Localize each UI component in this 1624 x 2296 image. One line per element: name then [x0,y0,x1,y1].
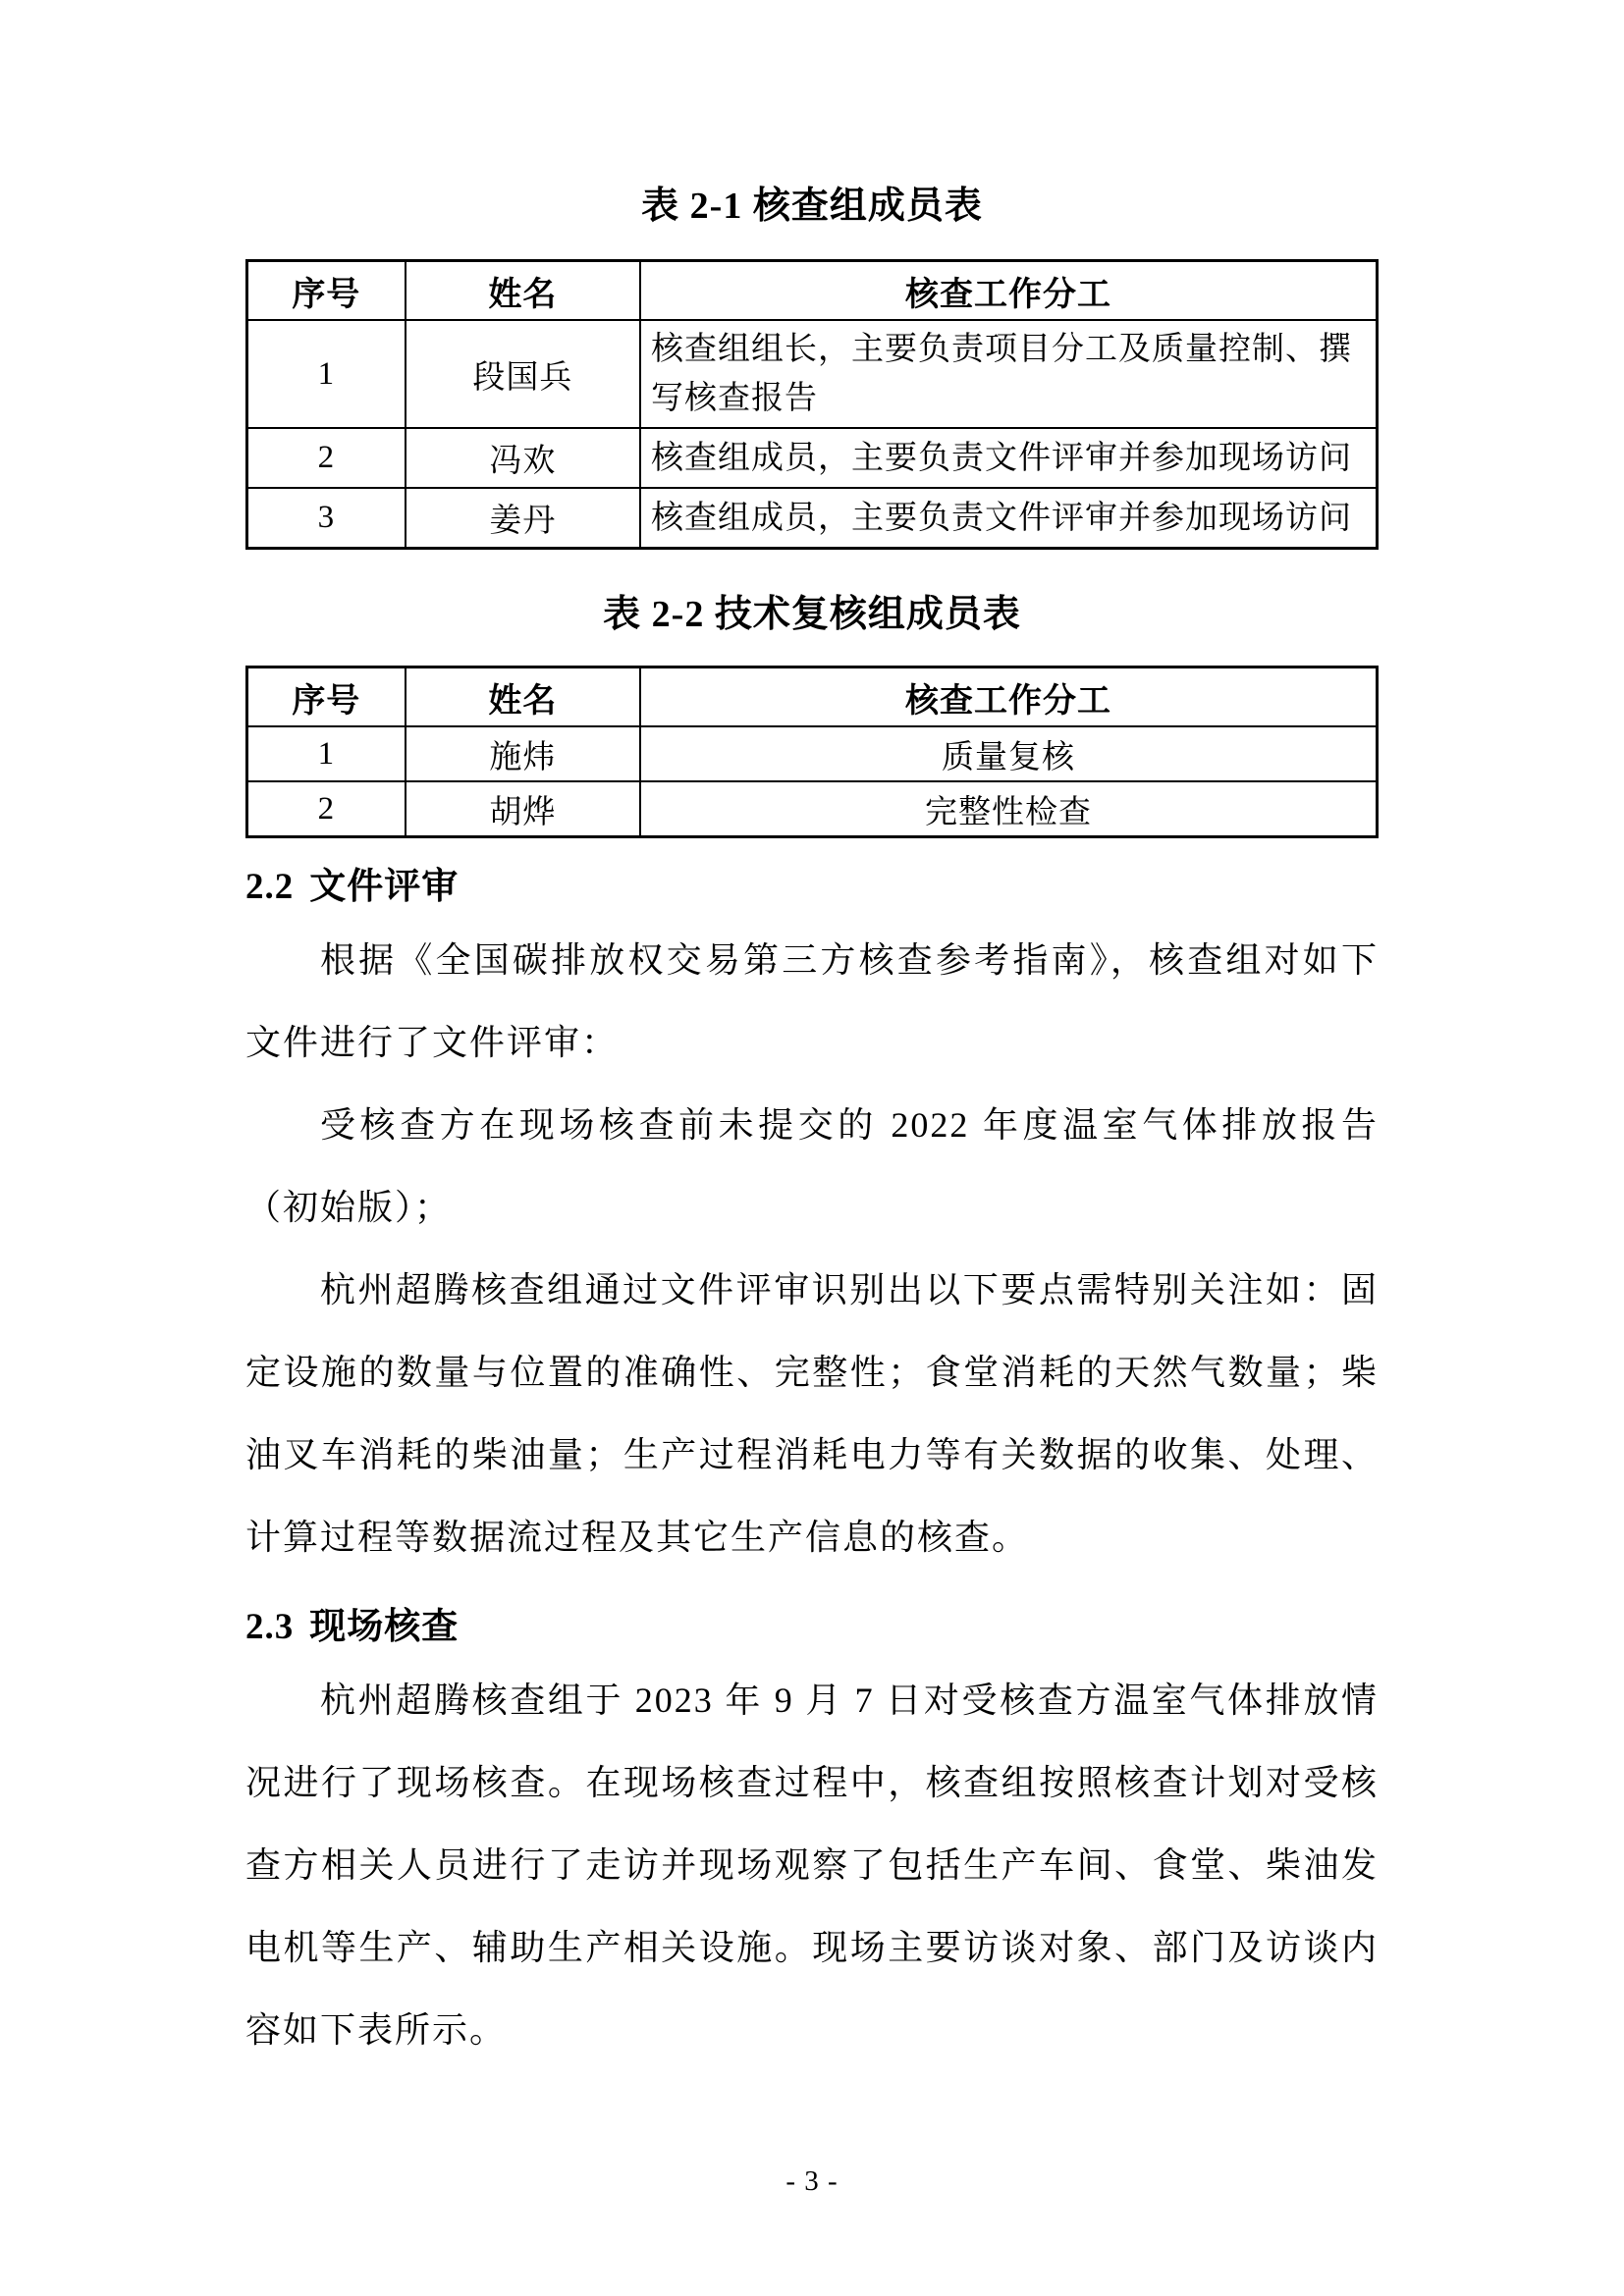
section-2-3-paragraph-1: 杭州超腾核查组于 2023 年 9 月 7 日对受核查方温室气体排放情况进行了现… [245,1659,1379,2071]
header-cell-name: 姓名 [406,667,640,727]
section-2-2-paragraph-1: 根据《全国碳排放权交易第三方核查参考指南》，核查组对如下文件进行了文件评审： [245,919,1379,1084]
table-2-1-title: 表 2-1 核查组成员表 [245,185,1379,228]
cell-no: 2 [247,428,406,488]
table-row: 1 施炜 质量复核 [247,726,1378,781]
technical-review-team-table: 序号 姓名 核查工作分工 1 施炜 质量复核 2 胡烨 完整性检查 [245,666,1379,838]
verification-team-table: 序号 姓名 核查工作分工 1 段国兵 核查组组长，主要负责项目分工及质量控制、撰… [245,259,1379,550]
cell-no: 1 [247,726,406,781]
cell-no: 1 [247,320,406,428]
cell-name: 胡烨 [406,781,640,837]
table-row: 2 胡烨 完整性检查 [247,781,1378,837]
section-2-3-number: 2.3 [245,1607,294,1647]
cell-name: 冯欢 [406,428,640,488]
table-row: 2 冯欢 核查组成员，主要负责文件评审并参加现场访问 [247,428,1378,488]
table-2-2-title: 表 2-2 技术复核组成员表 [245,593,1379,636]
table-header-row: 序号 姓名 核查工作分工 [247,667,1378,727]
header-cell-no: 序号 [247,667,406,727]
cell-no: 3 [247,488,406,549]
header-cell-name: 姓名 [406,261,640,321]
section-2-2-title: 文件评审 [309,867,459,907]
section-2-2-paragraph-3: 杭州超腾核查组通过文件评审识别出以下要点需特别关注如：固定设施的数量与位置的准确… [245,1249,1379,1578]
section-2-2-paragraph-2: 受核查方在现场核查前未提交的 2022 年度温室气体排放报告（初始版）； [245,1084,1379,1249]
page-number: - 3 - [0,2165,1624,2198]
cell-name: 施炜 [406,726,640,781]
cell-name: 姜丹 [406,488,640,549]
header-cell-no: 序号 [247,261,406,321]
section-2-2-number: 2.2 [245,867,294,907]
cell-duty: 核查组组长，主要负责项目分工及质量控制、撰写核查报告 [640,320,1377,428]
cell-duty: 核查组成员，主要负责文件评审并参加现场访问 [640,488,1377,549]
section-2-3-heading: 2.3现场核查 [245,1600,1379,1655]
document-page: 表 2-1 核查组成员表 序号 姓名 核查工作分工 1 段国兵 核查组组长，主要… [0,0,1624,2296]
table-row: 1 段国兵 核查组组长，主要负责项目分工及质量控制、撰写核查报告 [247,320,1378,428]
cell-duty: 核查组成员，主要负责文件评审并参加现场访问 [640,428,1377,488]
cell-name: 段国兵 [406,320,640,428]
section-2-2-heading: 2.2文件评审 [245,860,1379,915]
table-row: 3 姜丹 核查组成员，主要负责文件评审并参加现场访问 [247,488,1378,549]
header-cell-duty: 核查工作分工 [640,667,1377,727]
cell-duty: 完整性检查 [640,781,1377,837]
cell-no: 2 [247,781,406,837]
table-header-row: 序号 姓名 核查工作分工 [247,261,1378,321]
section-2-3-title: 现场核查 [309,1607,459,1647]
cell-duty: 质量复核 [640,726,1377,781]
header-cell-duty: 核查工作分工 [640,261,1377,321]
